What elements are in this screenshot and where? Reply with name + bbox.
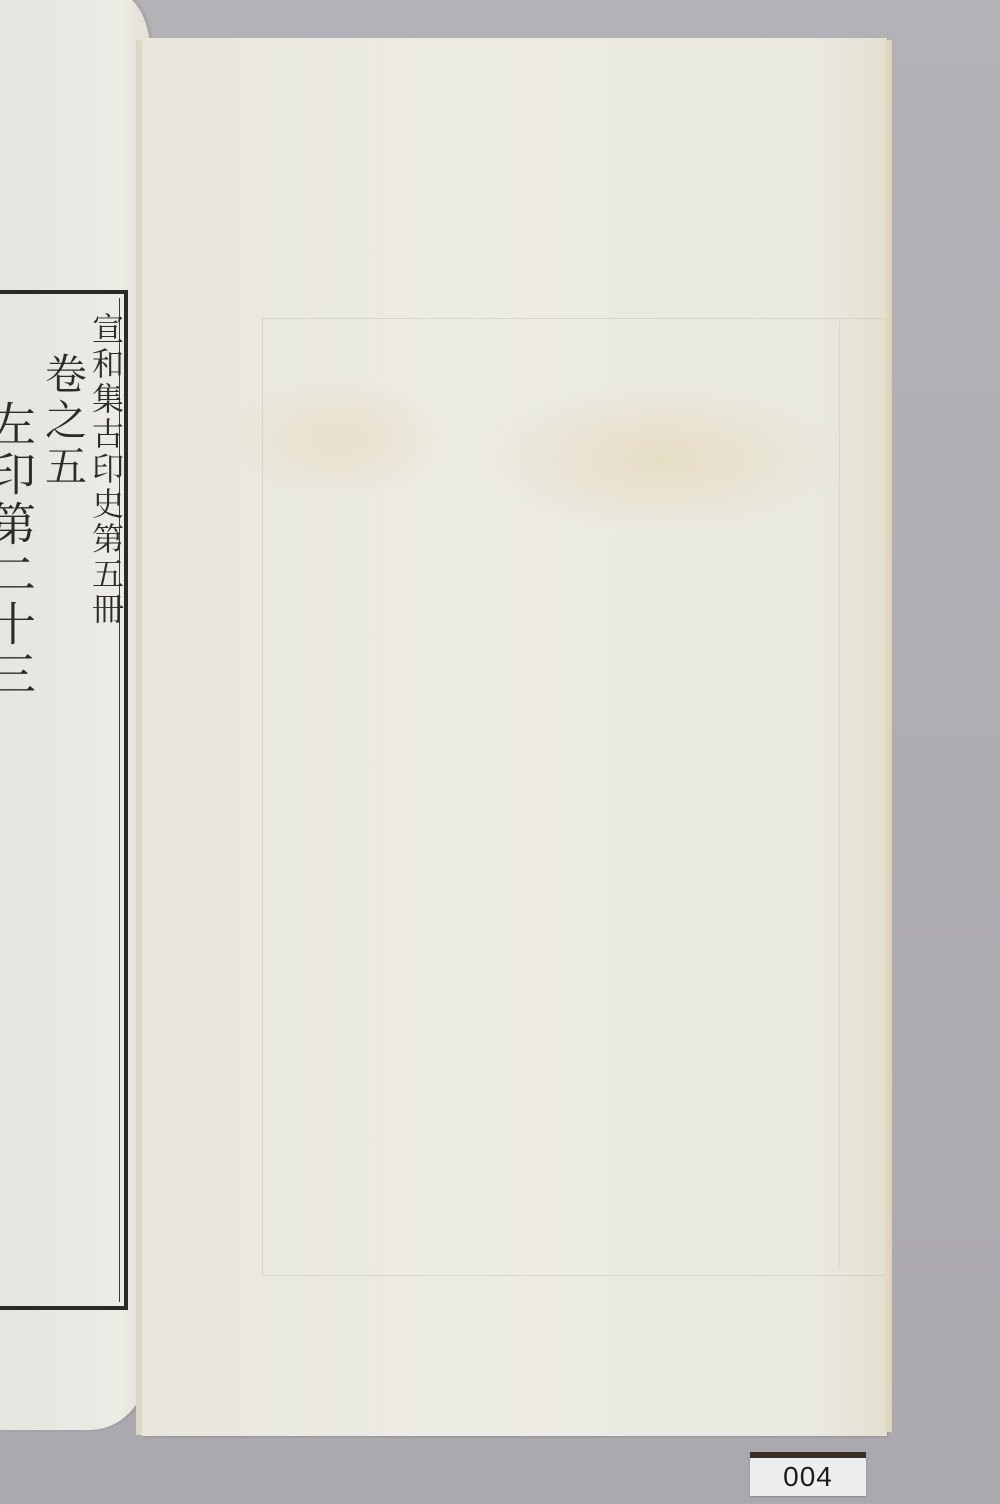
book-title-column: 宣和集古印史第五冊 (88, 312, 124, 627)
section-column: 左印第二十三 (0, 400, 34, 700)
page-stack-edge (884, 40, 892, 1432)
page-number-text: 004 (783, 1461, 833, 1493)
volume-column: 卷之五 (40, 352, 86, 490)
bleed-through-inner-rule (268, 322, 840, 1268)
page-number-label: 004 (750, 1452, 866, 1496)
